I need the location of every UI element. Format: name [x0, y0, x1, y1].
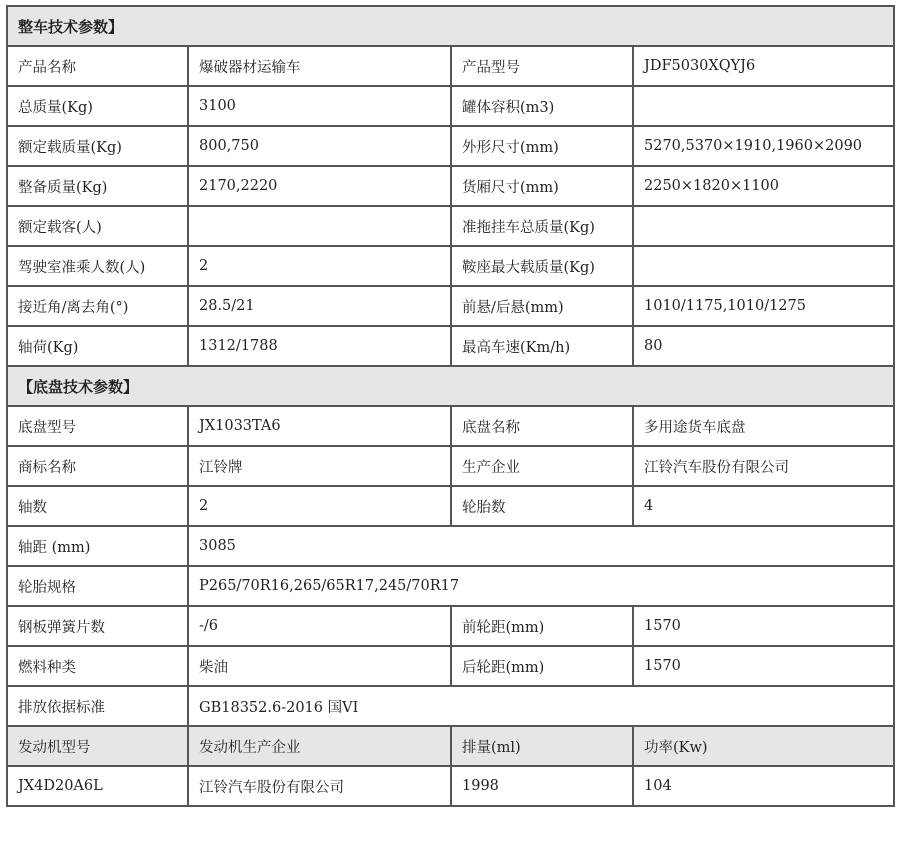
- param-label: 轴数: [7, 486, 188, 526]
- param-label: 商标名称: [7, 446, 188, 486]
- param-label: 额定载客(人): [7, 206, 188, 246]
- param-label: 最高车速(Km/h): [451, 326, 633, 366]
- engine-model: JX4D20A6L: [7, 766, 188, 806]
- param-value: -/6: [188, 606, 451, 646]
- section-header-chassis: 【底盘技术参数】: [7, 366, 894, 406]
- param-value: 柴油: [188, 646, 451, 686]
- param-label: 驾驶室准乘人数(人): [7, 246, 188, 286]
- param-label: 产品名称: [7, 46, 188, 86]
- column-header: 发动机型号: [7, 726, 188, 766]
- param-value: 1010/1175,1010/1275: [633, 286, 894, 326]
- table-row: 排放依据标准GB18352.6-2016 国VI: [7, 686, 894, 726]
- section-title: 【底盘技术参数】: [7, 366, 894, 406]
- param-label: 前悬/后悬(mm): [451, 286, 633, 326]
- param-label: 整备质量(Kg): [7, 166, 188, 206]
- table-row: 轴数2轮胎数4: [7, 486, 894, 526]
- table-row: 接近角/离去角(°)28.5/21前悬/后悬(mm)1010/1175,1010…: [7, 286, 894, 326]
- table-row: 燃料种类柴油后轮距(mm)1570: [7, 646, 894, 686]
- param-label: 燃料种类: [7, 646, 188, 686]
- engine-value-row: JX4D20A6L 江铃汽车股份有限公司 1998 104: [7, 766, 894, 806]
- param-label: 前轮距(mm): [451, 606, 633, 646]
- column-header: 发动机生产企业: [188, 726, 451, 766]
- param-value: 80: [633, 326, 894, 366]
- table-row: 轮胎规格P265/70R16,265/65R17,245/70R17: [7, 566, 894, 606]
- param-value: 1312/1788: [188, 326, 451, 366]
- param-label: 总质量(Kg): [7, 86, 188, 126]
- table-row: 整备质量(Kg)2170,2220货厢尺寸(mm)2250×1820×1100: [7, 166, 894, 206]
- table-row: 产品名称爆破器材运输车产品型号JDF5030XQYJ6: [7, 46, 894, 86]
- param-label: 接近角/离去角(°): [7, 286, 188, 326]
- param-label: 轮胎数: [451, 486, 633, 526]
- param-label: 轮胎规格: [7, 566, 188, 606]
- spec-table: 整车技术参数】 产品名称爆破器材运输车产品型号JDF5030XQYJ6 总质量(…: [6, 5, 895, 807]
- table-row: 轴荷(Kg)1312/1788最高车速(Km/h)80: [7, 326, 894, 366]
- param-label: 底盘型号: [7, 406, 188, 446]
- table-row: 底盘型号JX1033TA6底盘名称多用途货车底盘: [7, 406, 894, 446]
- param-value: 3100: [188, 86, 451, 126]
- table-row: 额定载客(人)准拖挂车总质量(Kg): [7, 206, 894, 246]
- param-value: GB18352.6-2016 国VI: [188, 686, 894, 726]
- table-row: 钢板弹簧片数-/6前轮距(mm)1570: [7, 606, 894, 646]
- param-value: 2170,2220: [188, 166, 451, 206]
- engine-manufacturer: 江铃汽车股份有限公司: [188, 766, 451, 806]
- param-label: 鞍座最大载质量(Kg): [451, 246, 633, 286]
- param-value: [633, 206, 894, 246]
- engine-power: 104: [633, 766, 894, 806]
- param-value: 爆破器材运输车: [188, 46, 451, 86]
- param-value: 2250×1820×1100: [633, 166, 894, 206]
- param-value: JX1033TA6: [188, 406, 451, 446]
- param-label: 轴荷(Kg): [7, 326, 188, 366]
- param-label: 钢板弹簧片数: [7, 606, 188, 646]
- engine-header-row: 发动机型号 发动机生产企业 排量(ml) 功率(Kw): [7, 726, 894, 766]
- param-value: [633, 246, 894, 286]
- table-row: 轴距 (mm)3085: [7, 526, 894, 566]
- section-header-vehicle: 整车技术参数】: [7, 6, 894, 46]
- param-value: 2: [188, 486, 451, 526]
- param-label: 排放依据标准: [7, 686, 188, 726]
- param-label: 生产企业: [451, 446, 633, 486]
- table-row: 商标名称江铃牌生产企业江铃汽车股份有限公司: [7, 446, 894, 486]
- param-value: 江铃牌: [188, 446, 451, 486]
- param-label: 货厢尺寸(mm): [451, 166, 633, 206]
- table-row: 驾驶室准乘人数(人)2鞍座最大载质量(Kg): [7, 246, 894, 286]
- param-value: 江铃汽车股份有限公司: [633, 446, 894, 486]
- column-header: 功率(Kw): [633, 726, 894, 766]
- param-value: 4: [633, 486, 894, 526]
- param-value: [633, 86, 894, 126]
- param-label: 额定载质量(Kg): [7, 126, 188, 166]
- param-value: [188, 206, 451, 246]
- engine-displacement: 1998: [451, 766, 633, 806]
- table-row: 额定载质量(Kg)800,750外形尺寸(mm)5270,5370×1910,1…: [7, 126, 894, 166]
- param-value: 多用途货车底盘: [633, 406, 894, 446]
- param-value: 1570: [633, 646, 894, 686]
- param-value: P265/70R16,265/65R17,245/70R17: [188, 566, 894, 606]
- param-label: 外形尺寸(mm): [451, 126, 633, 166]
- column-header: 排量(ml): [451, 726, 633, 766]
- param-label: 轴距 (mm): [7, 526, 188, 566]
- param-value: 28.5/21: [188, 286, 451, 326]
- param-label: 罐体容积(m3): [451, 86, 633, 126]
- param-value: 1570: [633, 606, 894, 646]
- param-value: JDF5030XQYJ6: [633, 46, 894, 86]
- table-row: 总质量(Kg)3100罐体容积(m3): [7, 86, 894, 126]
- param-label: 后轮距(mm): [451, 646, 633, 686]
- section-title: 整车技术参数】: [7, 6, 894, 46]
- param-label: 底盘名称: [451, 406, 633, 446]
- param-label: 准拖挂车总质量(Kg): [451, 206, 633, 246]
- param-value: 3085: [188, 526, 894, 566]
- param-value: 5270,5370×1910,1960×2090: [633, 126, 894, 166]
- param-value: 2: [188, 246, 451, 286]
- param-value: 800,750: [188, 126, 451, 166]
- param-label: 产品型号: [451, 46, 633, 86]
